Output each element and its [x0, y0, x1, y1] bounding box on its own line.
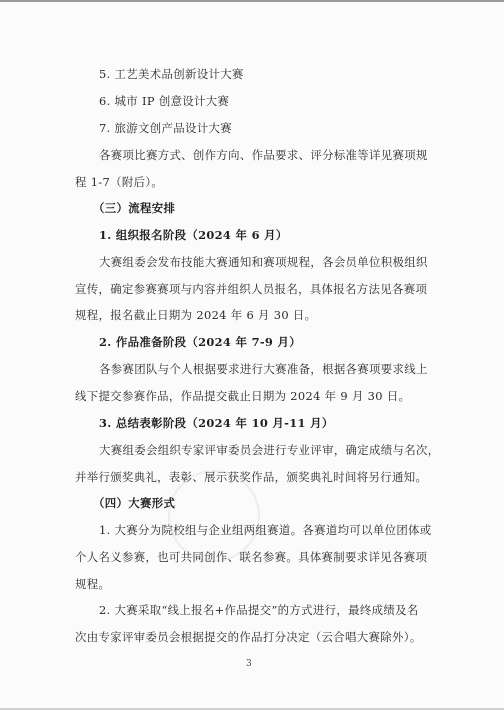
- paragraph-line: 个人名义参赛，也可共同创作、联名参赛。具体赛制要求详见各赛项: [75, 550, 427, 564]
- page-number: 3: [246, 659, 252, 669]
- paragraph-line: 1. 大赛分为院校组与企业组两组赛道。各赛道均可以单位团体或: [99, 523, 432, 537]
- paragraph-line: 大赛组委会组织专家评审委员会进行专业评审，确定成绩与名次，: [99, 443, 439, 457]
- list-item-7: 7. 旅游文创产品设计大赛: [99, 121, 232, 135]
- paragraph-line: 大赛组委会发布技能大赛通知和赛项规程，各会员单位积极组织: [99, 255, 428, 269]
- list-item-6: 6. 城市 IP 创意设计大赛: [99, 94, 229, 108]
- subheading-stage-3: 3. 总结表彰阶段（2024 年 10 月-11 月）: [99, 416, 334, 430]
- paragraph-line: 各赛项比赛方式、创作方向、作品要求、评分标准等详见赛项规: [99, 148, 428, 162]
- paragraph-line: 规程。: [75, 577, 110, 591]
- list-item-5: 5. 工艺美术品创新设计大赛: [99, 67, 244, 81]
- paragraph-line: 宣传，确定参赛赛项与内容并组织人员报名，具体报名方法见各赛项: [75, 282, 427, 296]
- subheading-stage-2: 2. 作品准备阶段（2024 年 7-9 月）: [99, 335, 301, 349]
- section-heading-3: （三）流程安排: [93, 201, 175, 215]
- paragraph-line: 2. 大赛采取“线上报名+作品提交”的方式进行，最终成绩及名: [99, 603, 419, 617]
- paragraph-line: 程 1-7（附后）。: [75, 175, 163, 189]
- paragraph-line: 并举行颁奖典礼，表彰、展示获奖作品，颁奖典礼时间将另行通知。: [75, 470, 427, 484]
- paragraph-line: 各参赛团队与个人根据要求进行大赛准备，根据各赛项要求线上: [99, 362, 428, 376]
- subheading-stage-1: 1. 组织报名阶段（2024 年 6 月）: [99, 228, 288, 242]
- paragraph-line: 次由专家评审委员会根据提交的作品打分决定（云合唱大赛除外）。: [75, 630, 422, 644]
- paragraph-line: 规程，报名截止日期为 2024 年 6 月 30 日。: [75, 308, 316, 322]
- section-heading-4: （四）大赛形式: [93, 496, 175, 510]
- page-top-edge: [0, 0, 504, 2]
- paragraph-line: 线下提交参赛作品，作品提交截止日期为 2024 年 9 月 30 日。: [75, 389, 410, 403]
